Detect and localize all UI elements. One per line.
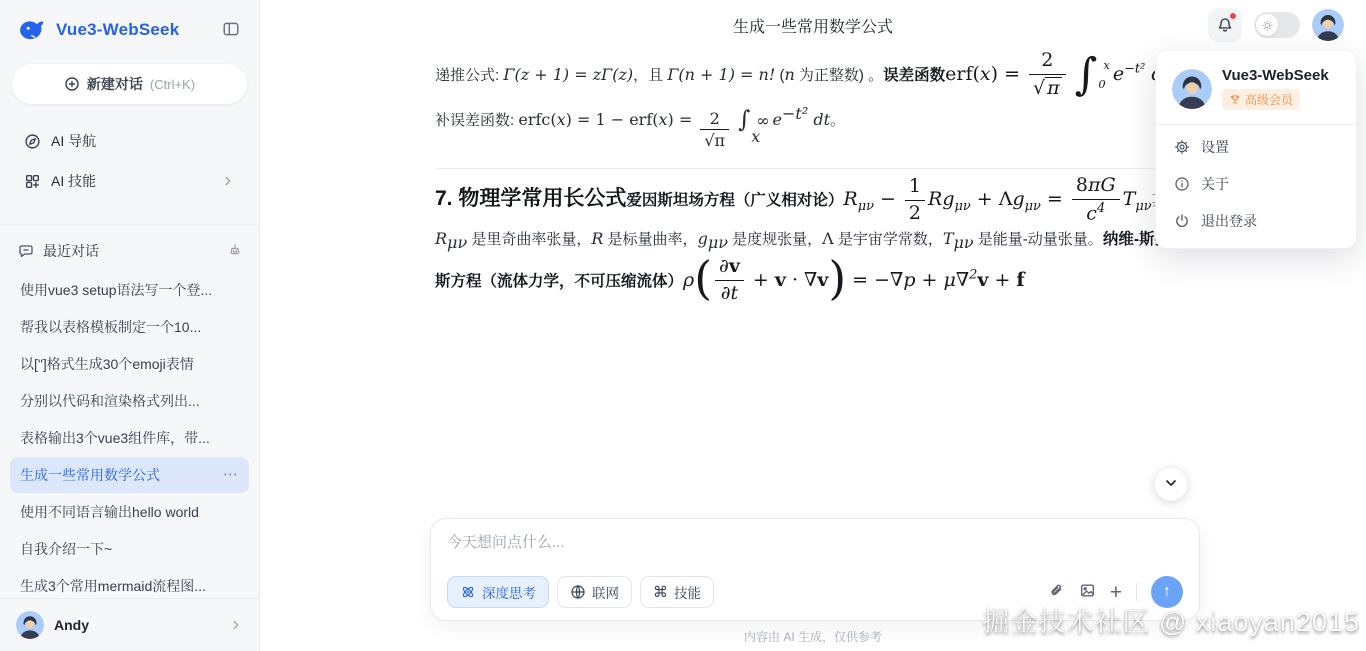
globe-icon (570, 584, 586, 600)
user-menu-header: Vue3-WebSeek 高级会员 (1156, 67, 1356, 124)
chevron-right-icon (229, 618, 243, 632)
recent-chat-item[interactable]: 生成一些常用数学公式⋯ (10, 457, 249, 493)
theme-toggle[interactable] (1254, 12, 1300, 38)
recent-chat-list: 使用vue3 setup语法写一个登...帮我以表格模板制定一个10...以["… (0, 269, 259, 598)
user-menu: Vue3-WebSeek 高级会员 设置关于退出登录 (1155, 50, 1357, 249)
command-icon: ⌘ (653, 585, 668, 600)
recent-chat-item[interactable]: 使用不同语言输出hello world (10, 494, 249, 530)
chat-item-label: 使用不同语言输出hello world (20, 494, 239, 530)
sidebar-header: Vue3-WebSeek (0, 0, 259, 54)
tool-button-label: 技能 (674, 582, 701, 602)
recent-chat-item[interactable]: 分别以代码和渲染格式列出... (10, 383, 249, 419)
trophy-icon (1229, 94, 1241, 106)
user-avatar (16, 611, 44, 639)
menu-divider (1156, 124, 1356, 125)
plus-icon: + (1110, 582, 1122, 603)
composer-toolbar: 深度思考联网⌘技能 + (447, 576, 1183, 608)
sidebar-item-ai-skills[interactable]: AI 技能 (12, 162, 247, 200)
panel-collapse-icon (222, 20, 240, 41)
sidebar-item-ai-nav[interactable]: AI 导航 (12, 122, 247, 160)
recent-chat-item[interactable]: 帮我以表格模板制定一个10... (10, 309, 249, 345)
subsection-heading: 爱因斯坦场方程（广义相对论） (626, 192, 843, 209)
chat-item-label: 生成一些常用数学公式 (20, 457, 217, 493)
chat-item-label: 分别以代码和渲染格式列出... (20, 383, 239, 419)
profile-avatar-button[interactable] (1312, 9, 1344, 41)
menu-item-label: 关于 (1201, 174, 1229, 194)
notifications-button[interactable] (1208, 8, 1242, 42)
arrow-up-icon: ↑ (1163, 583, 1171, 601)
composer-tools: 深度思考联网⌘技能 (447, 576, 714, 608)
tool-button-联网[interactable]: 联网 (557, 576, 632, 608)
menu-item-设置[interactable]: 设置 (1156, 129, 1356, 166)
recent-chat-item[interactable]: 生成3个常用mermaid流程图... (10, 568, 249, 598)
message-content: 递推公式: Γ(z + 1) = zΓ(z)，且 Γ(n + 1) = n! (… (435, 50, 1191, 305)
send-button[interactable]: ↑ (1151, 576, 1183, 608)
add-more-button[interactable]: + (1110, 582, 1122, 603)
sidebar-collapse-button[interactable] (217, 16, 245, 44)
sidebar: Vue3-WebSeek 新建对话 (Ctrl+K) AI 导航 (0, 0, 260, 651)
user-menu-avatar (1172, 69, 1212, 109)
main-header: 生成一些常用数学公式 (260, 0, 1366, 50)
recent-chat-item[interactable]: 表格输出3个vue3组件库，带... (10, 420, 249, 456)
user-footer[interactable]: Andy (0, 598, 259, 651)
chat-item-label: 以["]格式生成30个emoji表情 (20, 346, 239, 382)
chat-item-label: 生成3个常用mermaid流程图... (20, 568, 239, 598)
recent-chat-item[interactable]: 自我介绍一下~ (10, 531, 249, 567)
menu-item-label: 设置 (1201, 137, 1229, 157)
menu-item-label: 退出登录 (1201, 211, 1257, 231)
attach-file-button[interactable] (1048, 582, 1065, 602)
section-divider (435, 168, 1191, 169)
sun-icon (1256, 14, 1278, 36)
tool-button-label: 深度思考 (482, 582, 536, 602)
clear-history-button[interactable] (227, 242, 243, 261)
subsection-heading: 误差函数 (883, 67, 945, 84)
paperclip-icon (1048, 582, 1065, 602)
info-icon (1174, 176, 1190, 192)
tool-button-深度思考[interactable]: 深度思考 (447, 576, 549, 608)
recent-chats-section: 最近对话 使用vue3 setup语法写一个登...帮我以表格模板制定一个10.… (0, 224, 259, 598)
new-chat-shortcut: (Ctrl+K) (150, 77, 195, 92)
recent-chats-header: 最近对话 (0, 233, 259, 269)
sidebar-item-label: AI 导航 (51, 131, 96, 151)
image-icon (1079, 582, 1096, 602)
recent-chat-item[interactable]: 以["]格式生成30个emoji表情 (10, 346, 249, 382)
toolbar-divider (1136, 583, 1137, 601)
math-formula: Rμν − 12Rgμν + Λgμν = 8πGc4Tμν (843, 189, 1151, 210)
tool-button-label: 联网 (592, 582, 619, 602)
message-paragraph: 递推公式: Γ(z + 1) = zΓ(z)，且 Γ(n + 1) = n! (… (435, 67, 883, 84)
notification-dot (1229, 12, 1237, 20)
broom-icon (227, 242, 243, 261)
upload-image-button[interactable] (1079, 582, 1096, 602)
chat-input[interactable] (447, 534, 1183, 551)
recent-chat-item[interactable]: 使用vue3 setup语法写一个登... (10, 272, 249, 308)
header-actions (1208, 8, 1366, 42)
membership-badge: 高级会员 (1222, 89, 1300, 110)
ai-disclaimer: 内容由 AI 生成，仅供参考 (260, 628, 1366, 645)
chat-item-label: 使用vue3 setup语法写一个登... (20, 272, 239, 308)
user-menu-name: Vue3-WebSeek (1222, 67, 1329, 84)
new-chat-label: 新建对话 (87, 74, 143, 94)
chat-item-label: 自我介绍一下~ (20, 531, 239, 567)
sidebar-nav: AI 导航 AI 技能 (0, 110, 259, 206)
scroll-to-bottom-button[interactable] (1154, 467, 1188, 501)
recent-chats-title: 最近对话 (43, 241, 99, 261)
menu-item-关于[interactable]: 关于 (1156, 166, 1356, 203)
gear-icon (1174, 139, 1190, 155)
atom-icon (460, 584, 476, 600)
section-heading: 7. 物理学常用长公式 (435, 187, 626, 210)
page-title: 生成一些常用数学公式 (260, 14, 1366, 37)
math-formula: erf(x) = 2√π∫x0e−t² dt (945, 64, 1171, 85)
whale-logo-icon (16, 14, 48, 46)
logout-icon (1174, 213, 1190, 229)
composer-actions: + ↑ (1048, 576, 1183, 608)
new-chat-button[interactable]: 新建对话 (Ctrl+K) (12, 64, 247, 104)
composer: 深度思考联网⌘技能 + (430, 518, 1200, 621)
user-menu-items: 设置关于退出登录 (1156, 129, 1356, 240)
chat-item-label: 表格输出3个vue3组件库，带... (20, 420, 239, 456)
plus-circle-icon (64, 76, 80, 92)
menu-item-退出登录[interactable]: 退出登录 (1156, 203, 1356, 240)
brand-title: Vue3-WebSeek (56, 20, 209, 40)
grid-skills-icon (24, 173, 41, 190)
chevron-right-icon (221, 174, 235, 188)
tool-button-技能[interactable]: ⌘技能 (640, 576, 714, 608)
chat-history-icon (18, 243, 34, 259)
chevron-down-icon (1163, 475, 1179, 494)
username-label: Andy (54, 617, 219, 633)
math-formula: ρ(∂v∂t + v · ∇v) = −∇p + μ∇2v + f (683, 270, 1025, 291)
compass-icon (24, 133, 41, 150)
more-options-icon[interactable]: ⋯ (223, 457, 239, 493)
chat-item-label: 帮我以表格模板制定一个10... (20, 309, 239, 345)
sidebar-item-label: AI 技能 (51, 171, 96, 191)
